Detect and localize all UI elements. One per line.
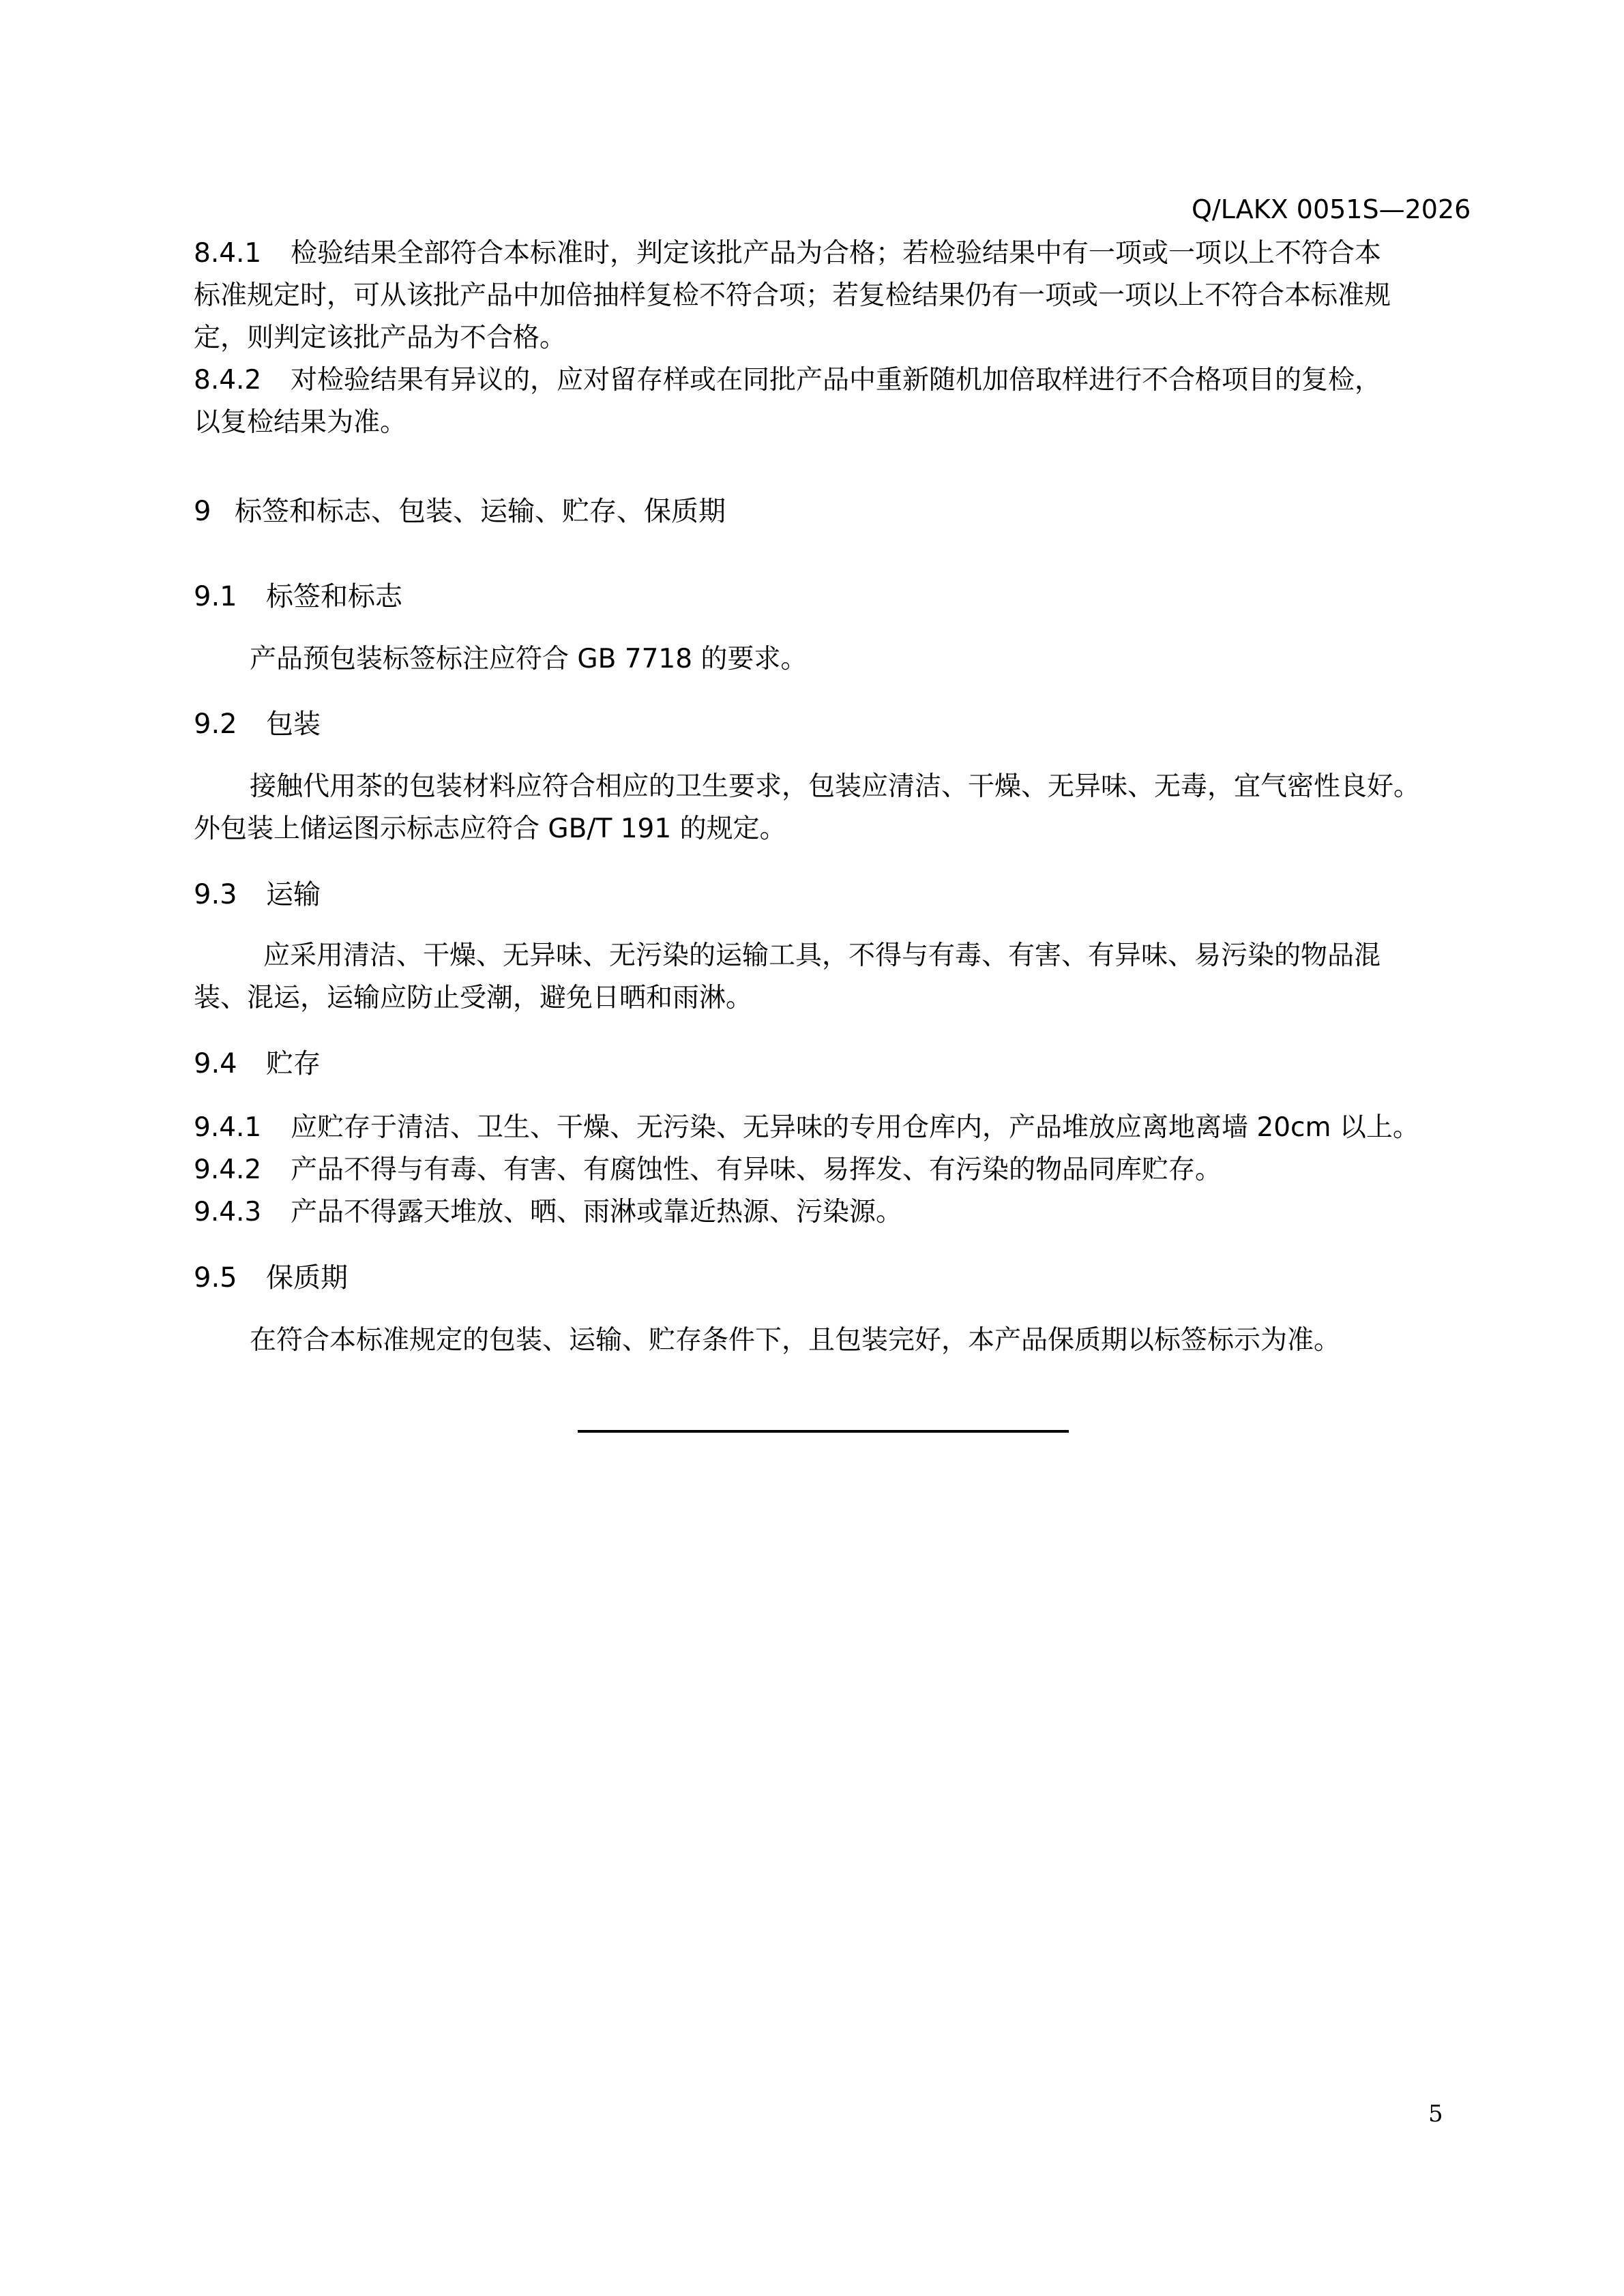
clause-9-4-3: 9.4.3产品不得露天堆放、晒、雨淋或靠近热源、污染源。	[194, 1191, 902, 1229]
section-9-5-text: 在符合本标准规定的包装、运输、贮存条件下，且包装完好，本产品保质期以标签标示为准…	[250, 1319, 1340, 1357]
clause-9-4-1: 9.4.1应贮存于清洁、卫生、干燥、无污染、无异味的专用仓库内，产品堆放应离地离…	[194, 1106, 1419, 1144]
section-9-heading: 9标签和标志、包装、运输、贮存、保质期	[194, 490, 726, 528]
clause-8-4-1-line-1: 8.4.1检验结果全部符合本标准时，判定该批产品为合格；若检验结果中有一项或一项…	[194, 232, 1381, 270]
section-title: 标签和标志、包装、运输、贮存、保质期	[235, 496, 726, 527]
section-number: 9.1	[194, 581, 266, 612]
clause-number: 9.4.3	[194, 1197, 291, 1227]
section-title: 标签和标志	[266, 581, 402, 612]
clause-number: 8.4.2	[194, 365, 291, 396]
clause-text: 对检验结果有异议的，应对留存样或在同批产品中重新随机加倍取样进行不合格项目的复检…	[291, 365, 1381, 396]
clause-text: 检验结果全部符合本标准时，判定该批产品为合格；若检验结果中有一项或一项以上不符合…	[291, 238, 1381, 269]
clause-9-4-2: 9.4.2产品不得与有毒、有害、有腐蚀性、有异味、易挥发、有污染的物品同库贮存。	[194, 1148, 1222, 1187]
section-9-2-heading: 9.2包装	[194, 702, 321, 741]
section-number: 9	[194, 496, 235, 527]
section-9-3-line-2: 装、混运，运输应防止受潮，避免日晒和雨淋。	[194, 976, 752, 1015]
section-title: 保质期	[266, 1262, 348, 1294]
section-number: 9.4	[194, 1048, 266, 1079]
clause-text: 应贮存于清洁、卫生、干燥、无污染、无异味的专用仓库内，产品堆放应离地离墙 20c…	[291, 1112, 1419, 1143]
clause-text: 产品不得露天堆放、晒、雨淋或靠近热源、污染源。	[291, 1197, 902, 1227]
clause-8-4-2-line-1: 8.4.2对检验结果有异议的，应对留存样或在同批产品中重新随机加倍取样进行不合格…	[194, 359, 1381, 397]
section-9-1-text: 产品预包装标签标注应符合 GB 7718 的要求。	[250, 638, 807, 676]
clause-number: 9.4.2	[194, 1154, 291, 1185]
section-9-2-line-2: 外包装上储运图示标志应符合 GB/T 191 的规定。	[194, 807, 786, 846]
section-number: 9.5	[194, 1262, 266, 1294]
section-title: 运输	[266, 879, 321, 910]
section-9-4-heading: 9.4贮存	[194, 1042, 321, 1081]
page-number: 5	[1428, 2100, 1443, 2128]
section-9-2-line-1: 接触代用茶的包装材料应符合相应的卫生要求，包装应清洁、干燥、无异味、无毒，宜气密…	[250, 765, 1420, 803]
clause-number: 8.4.1	[194, 238, 291, 269]
section-9-1-heading: 9.1标签和标志	[194, 575, 402, 614]
section-9-3-heading: 9.3运输	[194, 873, 321, 912]
section-title: 包装	[266, 709, 321, 740]
clause-8-4-2-line-2: 以复检结果为准。	[194, 401, 407, 439]
clause-8-4-1-line-3: 定，则判定该批产品为不合格。	[194, 316, 566, 355]
clause-number: 9.4.1	[194, 1112, 291, 1143]
section-9-3-line-1: 应采用清洁、干燥、无异味、无污染的运输工具，不得与有毒、有害、有异味、易污染的物…	[263, 934, 1381, 972]
end-rule	[578, 1430, 1069, 1433]
section-number: 9.3	[194, 879, 266, 910]
section-title: 贮存	[266, 1048, 321, 1079]
standard-code: Q/LAKX 0051S—2026	[1192, 194, 1471, 224]
section-9-5-heading: 9.5保质期	[194, 1256, 348, 1295]
clause-text: 产品不得与有毒、有害、有腐蚀性、有异味、易挥发、有污染的物品同库贮存。	[291, 1154, 1222, 1185]
clause-8-4-1-line-2: 标准规定时，可从该批产品中加倍抽样复检不符合项；若复检结果仍有一项或一项以上不符…	[194, 274, 1391, 312]
section-number: 9.2	[194, 709, 266, 740]
